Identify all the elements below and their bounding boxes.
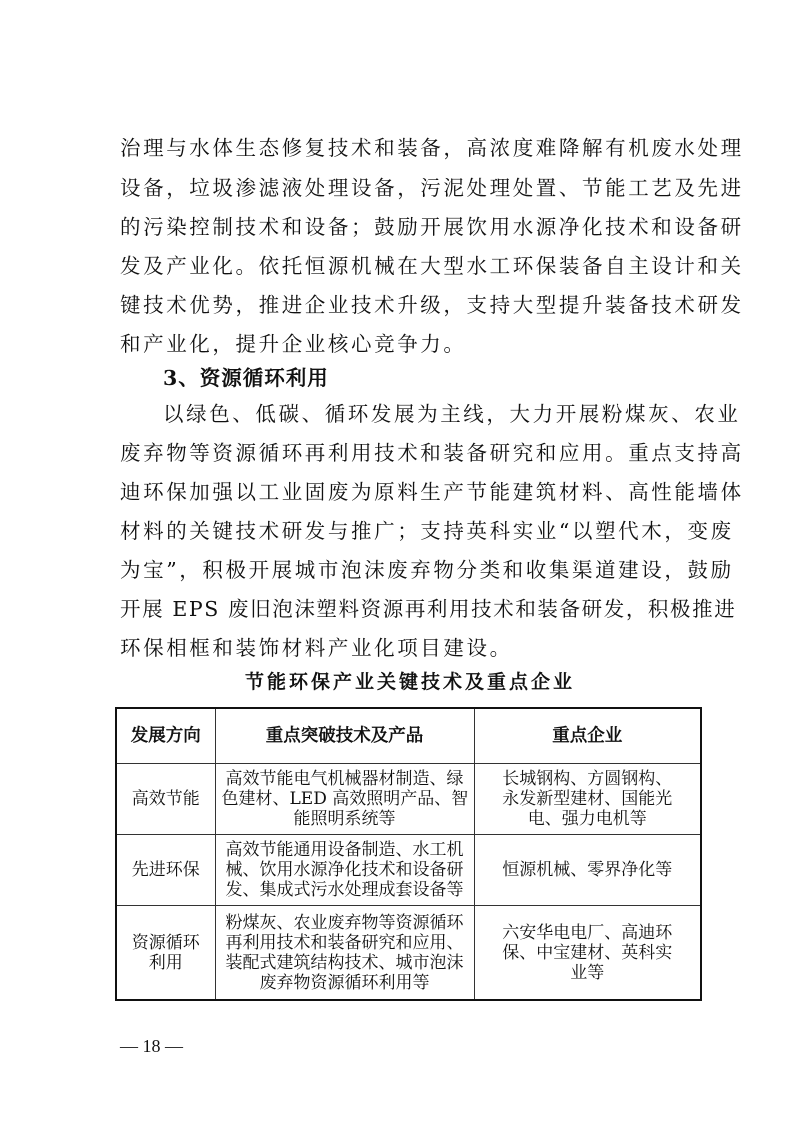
table-row: 先进环保 高效节能通用设备制造、水工机 械、饮用水源净化技术和设备研 发、集成式… — [116, 835, 701, 906]
cell-direction: 先进环保 — [116, 835, 215, 906]
cell-text: 发、集成式污水处理成套设备等 — [222, 880, 468, 900]
paragraph-line: 迪环保加强以工业固废为原料生产节能建筑材料、高性能墙体 — [120, 480, 700, 504]
cell-text: 六安华电电厂、高迪环 — [481, 923, 695, 943]
cell-technologies: 高效节能电气机械器材制造、绿 色建材、LED 高效照明产品、智 能照明系统等 — [215, 764, 474, 835]
cell-enterprises: 恒源机械、零界净化等 — [474, 835, 701, 906]
cell-technologies: 粉煤灰、农业废弃物等资源循环 再利用技术和装备研究和应用、 装配式建筑结构技术、… — [215, 906, 474, 1001]
cell-text: 再利用技术和装备研究和应用、 — [222, 933, 468, 953]
paragraph-line: 键技术优势，推进企业技术升级，支持大型提升装备技术研发 — [120, 293, 700, 317]
table-row: 资源循环 利用 粉煤灰、农业废弃物等资源循环 再利用技术和装备研究和应用、 装配… — [116, 906, 701, 1001]
header-enterprises: 重点企业 — [474, 708, 701, 764]
cell-text: 械、饮用水源净化技术和设备研 — [222, 860, 468, 880]
cell-text: 能照明系统等 — [222, 809, 468, 829]
cell-text: 色建材、LED 高效照明产品、智 — [222, 789, 468, 809]
paragraph-line: 和产业化，提升企业核心竞争力。 — [120, 332, 700, 356]
cell-text: 恒源机械、零界净化等 — [481, 860, 695, 880]
cell-text: 废弃物资源循环利用等 — [222, 973, 468, 993]
cell-text: 高效节能通用设备制造、水工机 — [222, 840, 468, 860]
cell-text: 保、中宝建材、英科实 — [481, 943, 695, 963]
document-page: 治理与水体生态修复技术和装备，高浓度难降解有机废水处理 设备，垃圾渗滤液处理设备… — [0, 0, 793, 1122]
cell-text: 先进环保 — [123, 860, 209, 880]
header-technologies: 重点突破技术及产品 — [215, 708, 474, 764]
cell-text: 装配式建筑结构技术、城市泡沫 — [222, 953, 468, 973]
header-direction: 发展方向 — [116, 708, 215, 764]
paragraph-line: 设备，垃圾渗滤液处理设备，污泥处理处置、节能工艺及先进 — [120, 176, 700, 200]
page-number: — 18 — — [120, 1036, 183, 1057]
cell-text: 长城钢构、方圆钢构、 — [481, 769, 695, 789]
table-title: 节能环保产业关键技术及重点企业 — [0, 667, 793, 694]
table-row: 高效节能 高效节能电气机械器材制造、绿 色建材、LED 高效照明产品、智 能照明… — [116, 764, 701, 835]
cell-text: 利用 — [123, 953, 209, 973]
cell-text: 粉煤灰、农业废弃物等资源循环 — [222, 913, 468, 933]
cell-text: 永发新型建材、国能光 — [481, 789, 695, 809]
table-header-row: 发展方向 重点突破技术及产品 重点企业 — [116, 708, 701, 764]
paragraph-line: 的污染控制技术和设备；鼓励开展饮用水源净化技术和设备研 — [120, 215, 700, 239]
cell-enterprises: 六安华电电厂、高迪环 保、中宝建材、英科实 业等 — [474, 906, 701, 1001]
paragraph-line: 以绿色、低碳、循环发展为主线，大力开展粉煤灰、农业 — [163, 402, 700, 426]
key-tech-table: 发展方向 重点突破技术及产品 重点企业 高效节能 高效节能电气机械器材制造、绿 … — [115, 707, 702, 1001]
cell-text: 电、强力电机等 — [481, 809, 695, 829]
cell-enterprises: 长城钢构、方圆钢构、 永发新型建材、国能光 电、强力电机等 — [474, 764, 701, 835]
paragraph-line: 为宝”，积极开展城市泡沫废弃物分类和收集渠道建设，鼓励 — [120, 558, 700, 582]
cell-text: 业等 — [481, 963, 695, 983]
cell-direction: 高效节能 — [116, 764, 215, 835]
section-heading: 3、资源循环利用 — [163, 361, 329, 391]
cell-text: 资源循环 — [123, 933, 209, 953]
cell-text: 高效节能 — [123, 789, 209, 809]
paragraph-line: 发及产业化。依托恒源机械在大型水工环保装备自主设计和关 — [120, 254, 700, 278]
paragraph-line: 环保相框和装饰材料产业化项目建设。 — [120, 636, 700, 660]
paragraph-line: 废弃物等资源循环再利用技术和装备研究和应用。重点支持高 — [120, 441, 700, 465]
cell-direction: 资源循环 利用 — [116, 906, 215, 1001]
cell-text: 高效节能电气机械器材制造、绿 — [222, 769, 468, 789]
paragraph-line: 开展 EPS 废旧泡沫塑料资源再利用技术和装备研发，积极推进 — [120, 597, 700, 621]
paragraph-line: 治理与水体生态修复技术和装备，高浓度难降解有机废水处理 — [120, 136, 700, 160]
paragraph-line: 材料的关键技术研发与推广；支持英科实业“以塑代木，变废 — [120, 519, 700, 543]
cell-technologies: 高效节能通用设备制造、水工机 械、饮用水源净化技术和设备研 发、集成式污水处理成… — [215, 835, 474, 906]
